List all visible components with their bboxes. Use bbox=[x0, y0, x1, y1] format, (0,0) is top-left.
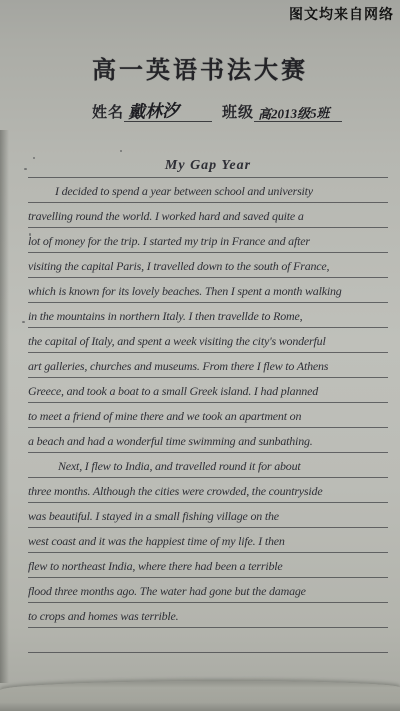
essay-area: My Gap Year I decided to spend a year be… bbox=[28, 153, 388, 653]
class-label: 班级 bbox=[222, 101, 254, 122]
essay-line: three months. Although the cities were c… bbox=[28, 478, 388, 503]
contest-title: 高一英语书法大赛 bbox=[0, 50, 400, 85]
photo-left-edge-shadow bbox=[0, 130, 9, 683]
essay-line: the capital of Italy, and spent a week v… bbox=[28, 328, 388, 353]
name-field: 戴林汐 bbox=[124, 99, 212, 122]
essay-line: travelling round the world. I worked har… bbox=[28, 203, 388, 228]
essay-line: to crops and homes was terrible. bbox=[28, 603, 388, 628]
essay-line: to meet a friend of mine there and we to… bbox=[28, 403, 388, 428]
essay-line: visiting the capital Paris, I travelled … bbox=[28, 253, 388, 278]
essay-line: a beach and had a wonderful time swimmin… bbox=[28, 428, 388, 453]
essay-line: in the mountains in northern Italy. I th… bbox=[28, 303, 388, 328]
essay-line: flew to northeast India, where there had… bbox=[28, 553, 388, 578]
class-field: 高2013级5班 bbox=[254, 99, 342, 122]
ink-speck bbox=[29, 233, 31, 236]
ink-speck bbox=[22, 321, 25, 323]
handwritten-class: 高2013级5班 bbox=[258, 102, 330, 122]
essay-line: west coast and it was the happiest time … bbox=[28, 528, 388, 553]
essay-line: Greece, and took a boat to a small Greek… bbox=[28, 378, 388, 403]
name-class-row: 姓名 戴林汐 班级 高2013级5班 bbox=[92, 99, 380, 122]
ink-speck bbox=[33, 157, 35, 159]
essay-line: art galleries, churches and museums. Fro… bbox=[28, 353, 388, 378]
ink-speck bbox=[24, 168, 27, 170]
watermark-text: 图文均来自网络 bbox=[289, 4, 394, 24]
essay-line: flood three months ago. The water had go… bbox=[28, 578, 388, 603]
handwritten-name: 戴林汐 bbox=[128, 96, 180, 123]
essay-line: which is known for its lovely beaches. T… bbox=[28, 278, 388, 303]
paper-bottom-edge bbox=[0, 681, 400, 711]
essay-line: I decided to spend a year between school… bbox=[28, 178, 388, 203]
ink-speck bbox=[120, 150, 122, 152]
empty-ruled-line bbox=[28, 628, 388, 653]
photo-of-handwriting-sheet: 图文均来自网络 高一英语书法大赛 姓名 戴林汐 班级 高2013级5班 My G… bbox=[0, 0, 400, 711]
essay-line: was beautiful. I stayed in a small fishi… bbox=[28, 503, 388, 528]
essay-title: My Gap Year bbox=[28, 153, 388, 178]
essay-line: Next, I flew to India, and travelled rou… bbox=[28, 453, 388, 478]
essay-line: lot of money for the trip. I started my … bbox=[28, 228, 388, 253]
name-label: 姓名 bbox=[92, 101, 124, 122]
